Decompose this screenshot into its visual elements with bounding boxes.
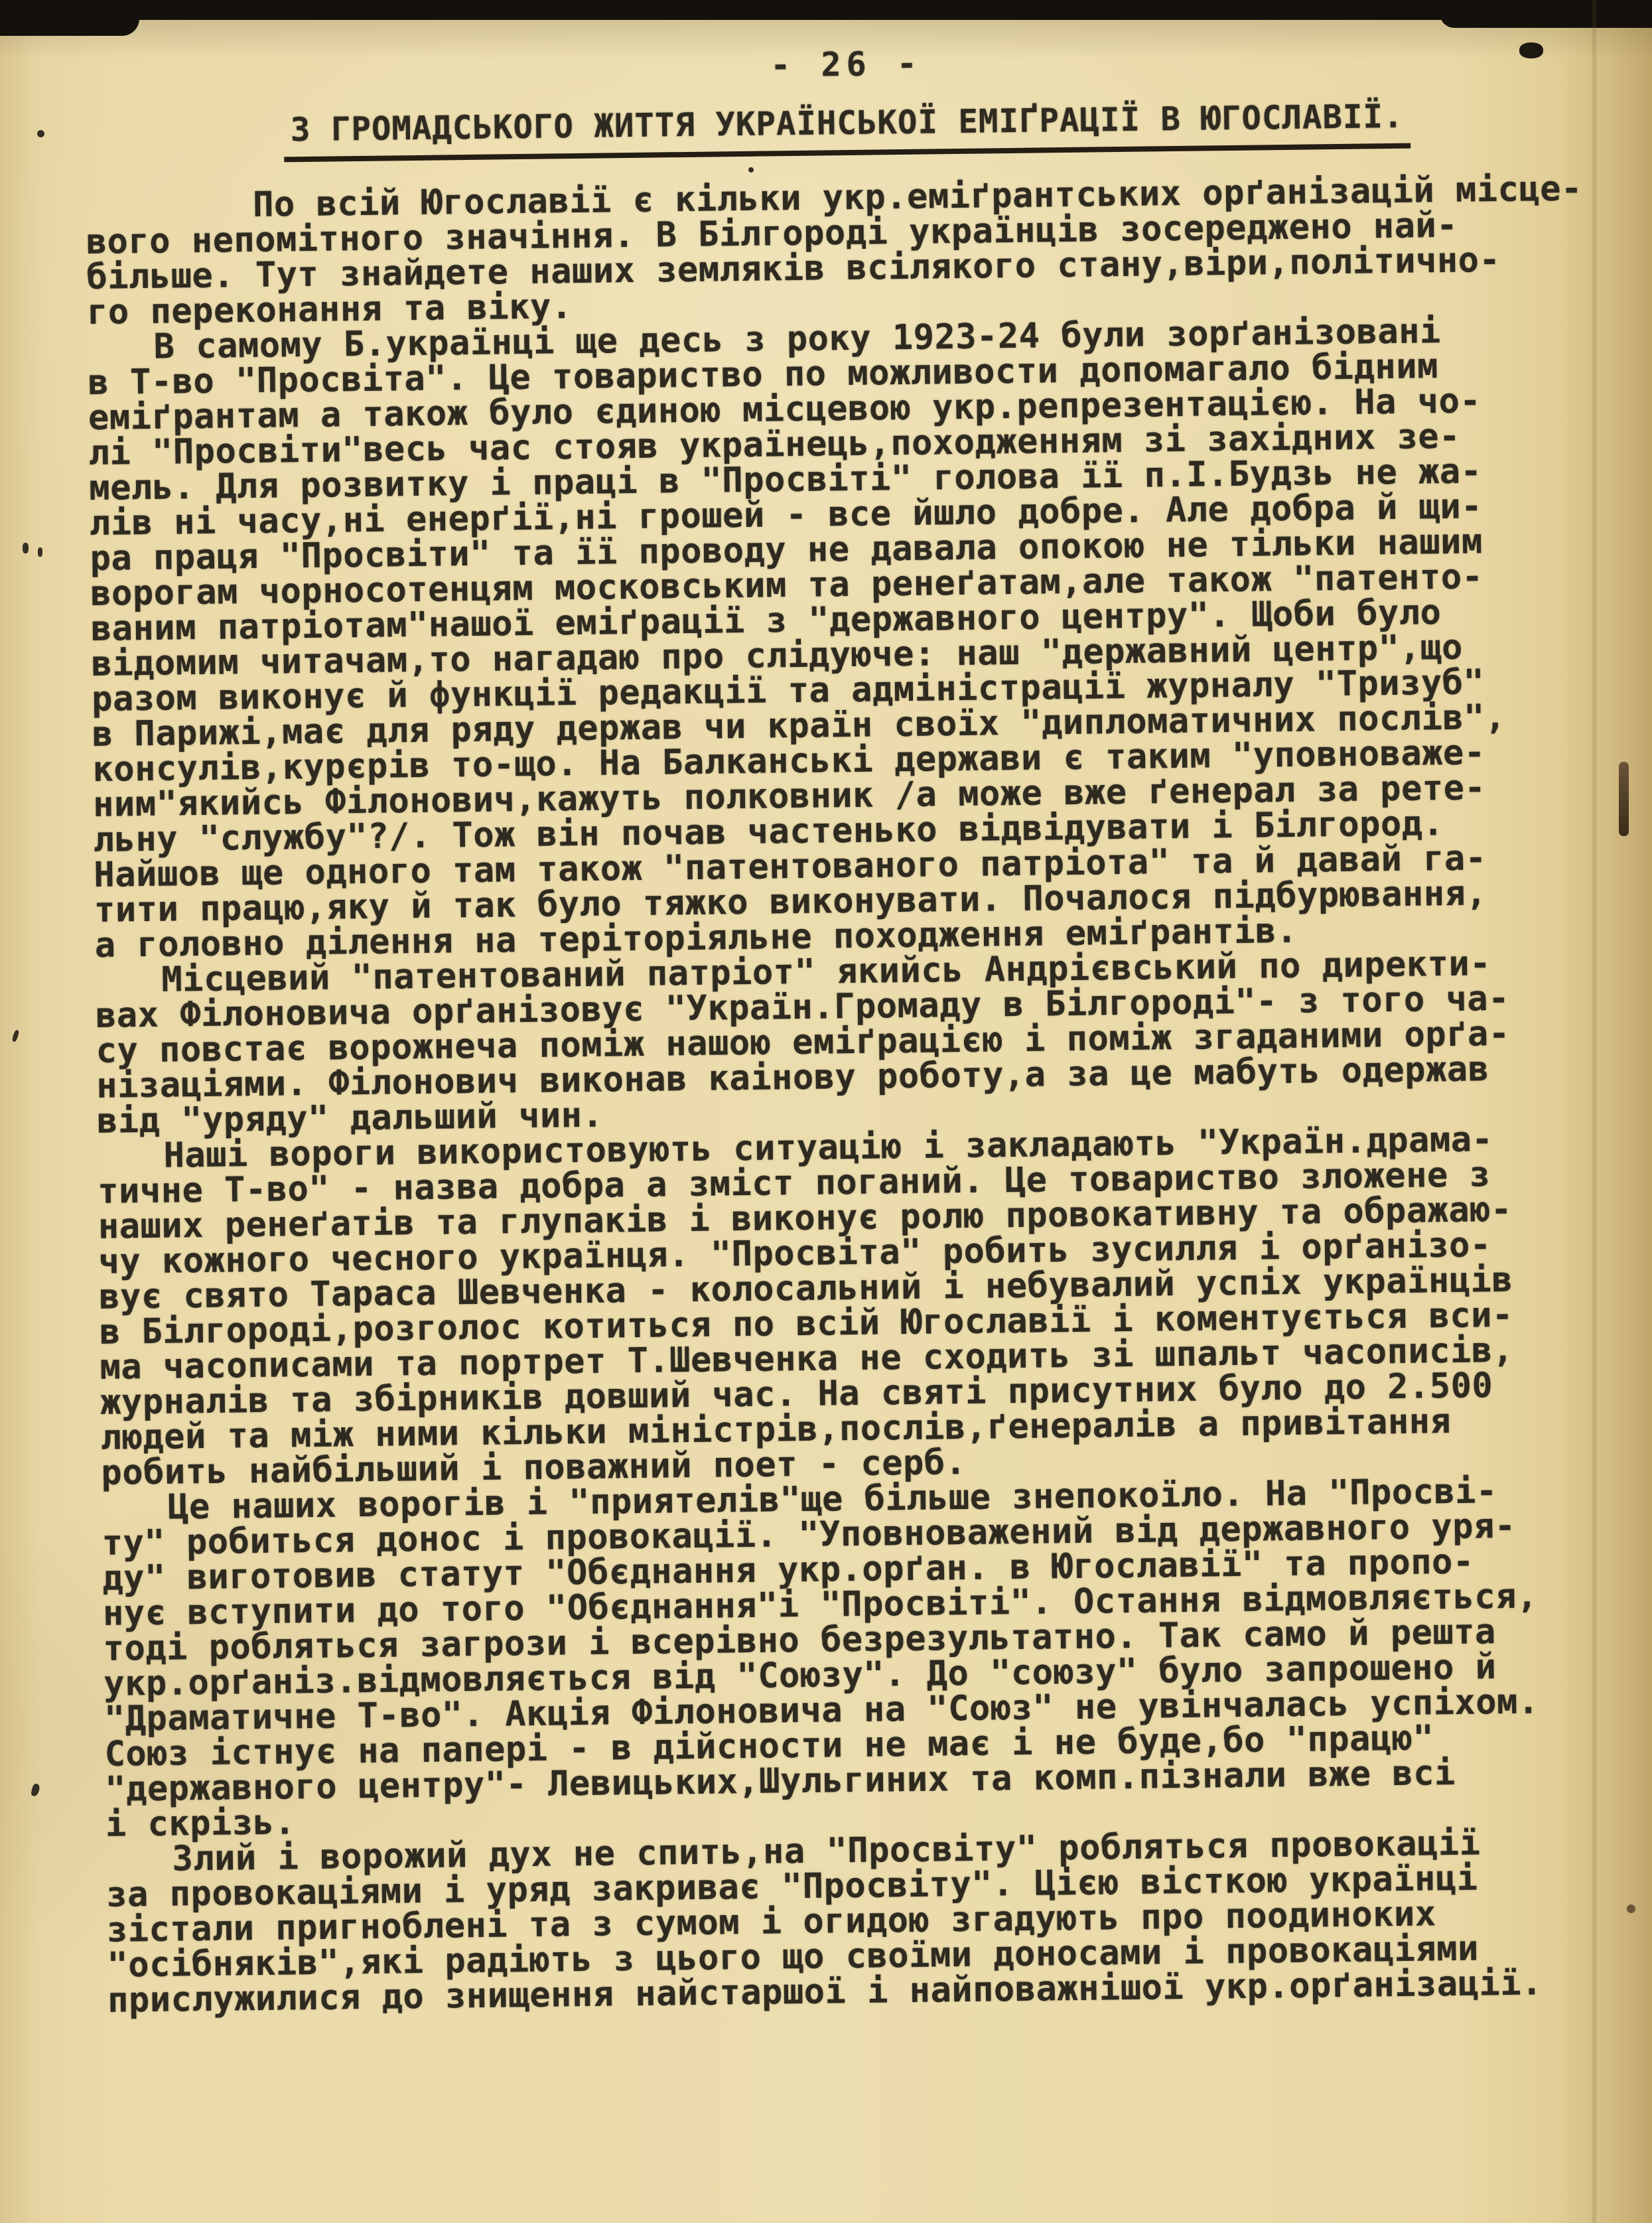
document-content: - 26 - З ГРОМАДСЬКОГО ЖИТТЯ УКРАЇНСЬКОЇ …	[84, 23, 1632, 2019]
scan-speckle	[11, 1029, 19, 1042]
document-title: З ГРОМАДСЬКОГО ЖИТТЯ УКРАЇНСЬКОЇ ЕМІҐРАЦ…	[284, 98, 1411, 163]
paragraph: Злий і ворожий дух не спить,на "Просвіту…	[105, 1824, 1632, 2019]
scan-edge-top	[0, 0, 1652, 20]
scanned-document-page: - 26 - З ГРОМАДСЬКОГО ЖИТТЯ УКРАЇНСЬКОЇ …	[0, 0, 1652, 2223]
scan-speckle	[37, 130, 44, 137]
page-edge-stain	[1619, 762, 1629, 836]
paragraph: Наші вороги використовують ситуацію і за…	[97, 1121, 1625, 1491]
scan-speckle	[31, 1783, 40, 1797]
paragraph: Місцевий "патентований патріот" якийсь А…	[95, 945, 1621, 1139]
scan-speckle	[23, 543, 29, 553]
scan-edge-top-left-corner	[0, 0, 139, 36]
page-number: - 26 -	[84, 37, 1608, 92]
paragraph: Це наших ворогів і "приятелів"ще більше …	[102, 1472, 1630, 1843]
document-body: По всій Югославії є кільки укр.еміґрантс…	[86, 171, 1632, 2019]
paragraph: По всій Югославії є кільки укр.еміґрантс…	[86, 171, 1612, 330]
paragraph: В самому Б.українці ще десь з року 1923-…	[87, 312, 1619, 964]
title-row: З ГРОМАДСЬКОГО ЖИТТЯ УКРАЇНСЬКОЇ ЕМІҐРАЦ…	[84, 96, 1610, 165]
